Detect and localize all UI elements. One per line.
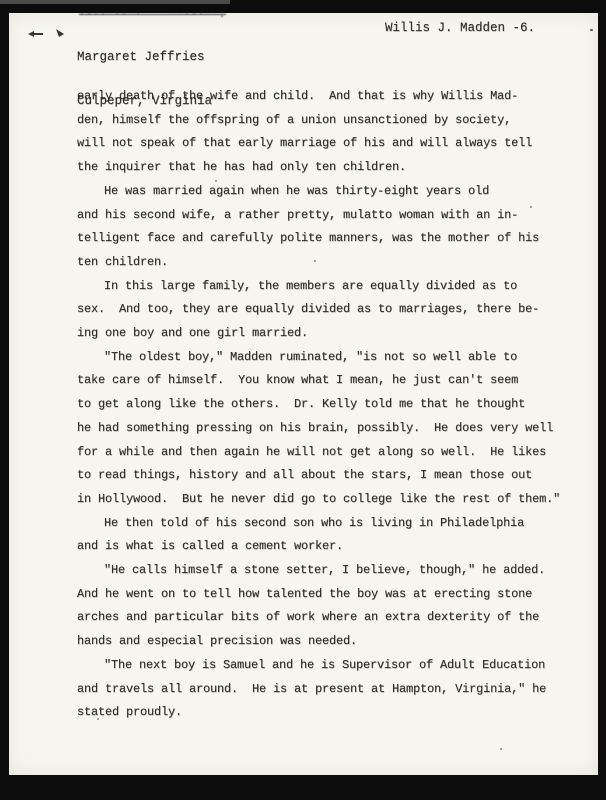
page-header-title: Willis J. Madden -6. — [385, 21, 535, 36]
scan-speck — [530, 206, 532, 208]
paragraph: He then told of his second son who is li… — [77, 512, 582, 559]
text-line: and travels all around. He is at present… — [77, 678, 582, 702]
text-line: the inquirer that he has had only ten ch… — [77, 156, 582, 180]
text-line: for a while and then again he will not g… — [77, 441, 582, 465]
text-line: sex. And too, they are equally divided a… — [77, 298, 582, 322]
paragraph: "The next boy is Samuel and he is Superv… — [77, 654, 582, 725]
text-line: early death of the wife and child. And t… — [77, 85, 582, 109]
text-line: And he went on to tell how talented the … — [77, 583, 582, 607]
scan-speck — [314, 260, 316, 262]
text-line: to read things, history and all about th… — [77, 464, 582, 488]
text-line: He was married again when he was thirty-… — [77, 180, 582, 204]
paragraph: early death of the wife and child. And t… — [77, 85, 582, 180]
text-line: In this large family, the members are eq… — [77, 275, 582, 299]
text-line: in Hollywood. But he never did go to col… — [77, 488, 582, 512]
scan-speck — [97, 718, 99, 720]
document-page: ·--·—--—· ——·-·—–: Margaret Jeffries Cul… — [9, 13, 598, 775]
scan-speck — [590, 29, 593, 31]
scan-speck — [215, 180, 217, 182]
text-line: and is what is called a cement worker. — [77, 535, 582, 559]
text-line: den, himself the offspring of a union un… — [77, 109, 582, 133]
text-line: stated proudly. — [77, 701, 582, 725]
text-line: to get along like the others. Dr. Kelly … — [77, 393, 582, 417]
text-line: he had something pressing on his brain, … — [77, 417, 582, 441]
text-line: hands and especial precision was needed. — [77, 630, 582, 654]
text-line: ing one boy and one girl married. — [77, 322, 582, 346]
pencil-arrow-icon — [28, 30, 44, 38]
struck-out-text: ·--·—--—· ——·-·—–: — [79, 10, 226, 21]
text-line: take care of himself. You know what I me… — [77, 369, 582, 393]
pencil-tick-icon — [55, 28, 65, 38]
text-line: "He calls himself a stone setter, I beli… — [77, 559, 582, 583]
text-line: ten children. — [77, 251, 582, 275]
author-name: Margaret Jeffries — [77, 50, 212, 65]
scanned-document: ·--·—--—· ——·-·—–: Margaret Jeffries Cul… — [0, 0, 606, 800]
text-line: telligent face and carefully polite mann… — [77, 227, 582, 251]
paragraph: "He calls himself a stone setter, I beli… — [77, 559, 582, 654]
text-line: will not speak of that early marriage of… — [77, 132, 582, 156]
paragraph: He was married again when he was thirty-… — [77, 180, 582, 275]
text-line: arches and particular bits of work where… — [77, 606, 582, 630]
paragraph: In this large family, the members are eq… — [77, 275, 582, 346]
text-line: "The next boy is Samuel and he is Superv… — [77, 654, 582, 678]
text-line: and his second wife, a rather pretty, mu… — [77, 204, 582, 228]
paragraph: "The oldest boy," Madden ruminated, "is … — [77, 346, 582, 512]
text-line: "The oldest boy," Madden ruminated, "is … — [77, 346, 582, 370]
scanner-edge-artifact — [0, 0, 230, 4]
scan-speck — [500, 748, 502, 750]
text-line: He then told of his second son who is li… — [77, 512, 582, 536]
document-body: early death of the wife and child. And t… — [77, 85, 582, 725]
